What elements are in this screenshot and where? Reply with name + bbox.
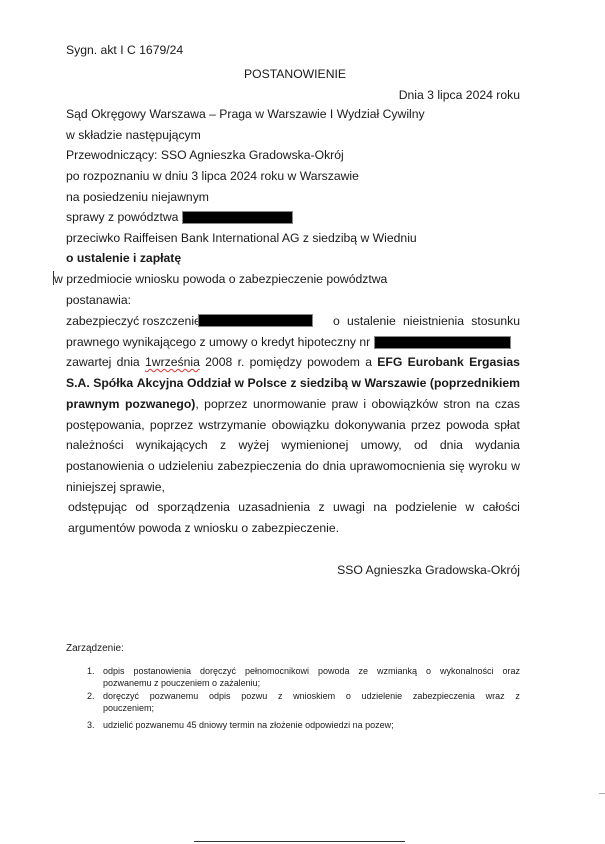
text-word: podzielenie [395, 499, 457, 515]
ruling-line-9: niniejszej sprawie, [66, 479, 165, 495]
ruling-l1-b: o ustalenie nieistnienia stosunku [333, 313, 520, 329]
case-number: Sygn. akt I C 1679/24 [66, 42, 183, 58]
text-word: nieistnienia [403, 313, 464, 329]
text-word: dnia [323, 458, 346, 474]
order-item-3-number: 3. [87, 720, 95, 732]
text-word: w [465, 499, 474, 515]
text-word: dnia [440, 437, 463, 453]
footer-divider [194, 841, 405, 842]
motion-line: w przedmiocie wniosku powoda o zabezpiec… [53, 271, 387, 287]
hearing-info: po rozpoznaniu w dniu 3 lipca 2024 roku … [66, 168, 359, 184]
text-word: w [235, 375, 244, 391]
ruling-line-4: S.A. Spółka Akcyjna Oddział w Polsce z s… [66, 375, 520, 391]
text-word: należności [66, 437, 124, 453]
order-item-1: odpis postanowienia doręczyć pełnomocnik… [103, 666, 520, 689]
text-word: Eurobank [408, 354, 464, 370]
text-word: postanowienia [133, 666, 191, 678]
text-word: stosunku [471, 313, 520, 329]
text-word: całości [483, 499, 520, 515]
document-page: Sygn. akt I C 1679/24 POSTANOWIENIE Dnia… [0, 0, 605, 844]
text-word: wyżej [238, 437, 268, 453]
text-word: o [346, 691, 351, 703]
margin-mark [599, 793, 605, 794]
text-word: r. [238, 354, 245, 370]
composition: w składzie następującym [66, 127, 201, 143]
text-word: Warszawie [365, 375, 427, 391]
text-word: , [195, 397, 198, 411]
text-word: pozwanemu [150, 691, 199, 703]
text-word: pozwu [241, 691, 267, 703]
text-word: dnia [117, 354, 140, 370]
text-word: Polsce [248, 375, 287, 391]
ruling-line-5: prawnym pozwanego), poprzez unormowanie … [66, 396, 520, 412]
redacted-plaintiff [182, 211, 293, 224]
text-word: pozwanemu z pouczeniem o zażaleniu; [103, 678, 520, 690]
text-word: spłat [494, 417, 520, 433]
misspelled-date: 1września [145, 354, 200, 370]
order-item-3: udzielić pozwanemu 45 dniowy termin na z… [103, 720, 520, 732]
text-word: umowy, [361, 437, 402, 453]
text-word: stron [443, 396, 470, 412]
text-word: zabezpieczenia [217, 458, 301, 474]
text-word: (poprzednikiem [430, 375, 520, 391]
text-word: wzmianką [377, 666, 417, 678]
ruling-line-1: zabezpieczyć roszczenie o ustalenie niei… [66, 313, 520, 329]
decides-label: postanawia: [66, 292, 131, 308]
text-word: udzielić pozwanemu 45 dniowy termin na z… [103, 720, 520, 732]
text-word: postanowienia [66, 458, 144, 474]
ruling-l1-a: zabezpieczyć roszczenie [66, 313, 178, 329]
text-word: Ergasias [469, 354, 520, 370]
text-word: doręczyć [103, 691, 139, 703]
text-word: doręczyć [200, 666, 236, 678]
text-word: uprawomocnienia [350, 458, 446, 474]
text-word: Oddział [187, 375, 231, 391]
text-word: Akcyjna [137, 375, 184, 391]
ruling-line-7: należności wynikających z wyżej wymienio… [66, 437, 520, 453]
text-word: od [414, 437, 428, 453]
signature: SSO Agnieszka Gradowska-Okrój [337, 562, 520, 578]
plaintiff-label: sprawy z powództwa [66, 210, 178, 224]
text-word: pozwanego) [125, 397, 195, 411]
document-title: POSTANOWIENIE [0, 66, 590, 82]
text-word: zabezpieczenia [413, 691, 475, 703]
text-word: z [319, 499, 325, 515]
text-word: z [278, 691, 283, 703]
ruling-line-8: postanowienia o udzieleniu zabezpieczeni… [66, 458, 520, 474]
text-word: o [333, 313, 340, 329]
ruling-line-11: argumentów powoda z wniosku o zabezpiecz… [68, 520, 339, 536]
text-word: do [305, 458, 319, 474]
text-word: wraz [486, 691, 505, 703]
text-word: czas [495, 396, 520, 412]
text-word: ze [359, 666, 369, 678]
motion-text: w przedmiocie wniosku powoda o zabezpiec… [54, 272, 387, 286]
order-item-2-number: 2. [87, 691, 95, 703]
presiding-judge: Przewodniczący: SSO Agnieszka Gradowska-… [66, 147, 344, 163]
ruling-l2-text: prawnego wynikającego z umowy o kredyt h… [66, 335, 370, 349]
text-word: obowiązków [372, 396, 438, 412]
text-word: sporządzenia [157, 499, 230, 515]
text-word: odpis [209, 691, 231, 703]
text-word: oraz [502, 666, 520, 678]
text-word: i [363, 396, 366, 412]
text-word: odpis [103, 666, 125, 678]
plaintiff-line: sprawy z powództwa [66, 209, 293, 225]
text-word: siedzibą [300, 375, 348, 391]
text-word: praw [332, 396, 358, 412]
text-word: prawnym [66, 396, 120, 412]
text-word: pomiędzy [250, 354, 302, 370]
text-word: obowiązku [272, 417, 330, 433]
text-word: z [515, 691, 520, 703]
text-word: S.A. [66, 375, 90, 391]
ruling-line-3: zawartej dnia 1września 2008 r. pomiędzy… [66, 354, 520, 370]
text-word: 2008 [205, 354, 232, 370]
text-word: na [476, 396, 490, 412]
text-word: z [290, 375, 296, 391]
text-word: o [426, 666, 431, 678]
text-word: od [135, 499, 149, 515]
date-line: Dnia 3 lipca 2024 roku [399, 87, 520, 103]
text-word: w [352, 375, 361, 391]
redacted-loan-number [374, 336, 511, 349]
order-item-2: doręczyć pozwanemu odpis pozwu z wnioski… [103, 691, 520, 714]
text-word: powoda [446, 417, 489, 433]
text-word: wnioskiem [293, 691, 335, 703]
session-type: na posiedzeniu niejawnym [66, 189, 209, 205]
text-word: postępowania, [66, 417, 145, 433]
text-word: udzielenie [362, 691, 403, 703]
text-word: zawartej [66, 354, 111, 370]
text-word: powodem [307, 354, 360, 370]
case-subject: o ustalenie i zapłatę [66, 250, 181, 266]
court-name: Sąd Okręgowy Warszawa – Praga w Warszawi… [66, 106, 425, 122]
ruling-line-6: postępowania, poprzez wstrzymanie obowią… [66, 417, 520, 433]
text-word: na [373, 499, 387, 515]
defendant-line: przeciwko Raiffeisen Bank International … [66, 230, 417, 246]
text-word: poprzez [150, 417, 193, 433]
text-word: Spółka [93, 375, 133, 391]
text-word: powoda [318, 666, 350, 678]
text-word: wstrzymanie [199, 417, 267, 433]
order-item-1-number: 1. [87, 666, 95, 678]
text-word: wyroku [469, 458, 508, 474]
text-word: wynikających [136, 437, 208, 453]
text-word: wymienionej [281, 437, 348, 453]
text-word: ustalenie [347, 313, 396, 329]
text-word: pozwanego), [125, 396, 199, 412]
text-word: wydania [475, 437, 520, 453]
text-word: uwagi [333, 499, 365, 515]
text-word: w [511, 458, 520, 474]
text-word: udzieleniu [159, 458, 214, 474]
text-word: EFG [377, 354, 402, 370]
text-word: o [148, 458, 155, 474]
ruling-line-2: prawnego wynikającego z umowy o kredyt h… [66, 334, 511, 350]
text-word: zabezpieczyć roszczenie [66, 313, 201, 329]
text-word: unormowanie [253, 396, 326, 412]
text-word: a [365, 354, 372, 370]
redacted-claimant [198, 314, 313, 327]
text-word: z [220, 437, 226, 453]
text-word: wykonalności [440, 666, 494, 678]
text-word: pouczeniem; [103, 703, 520, 715]
text-word: przez [411, 417, 441, 433]
text-word: pełnomocnikowi [245, 666, 309, 678]
order-heading: Zarządzenie: [66, 641, 124, 657]
text-word: się [449, 458, 465, 474]
ruling-line-10: odstępując od sporządzenia uzasadnienia … [68, 499, 520, 515]
text-word: dokonywania [335, 417, 406, 433]
text-word: odstępując [68, 499, 127, 515]
text-word: poprzez [204, 396, 247, 412]
text-word: uzasadnienia [238, 499, 310, 515]
